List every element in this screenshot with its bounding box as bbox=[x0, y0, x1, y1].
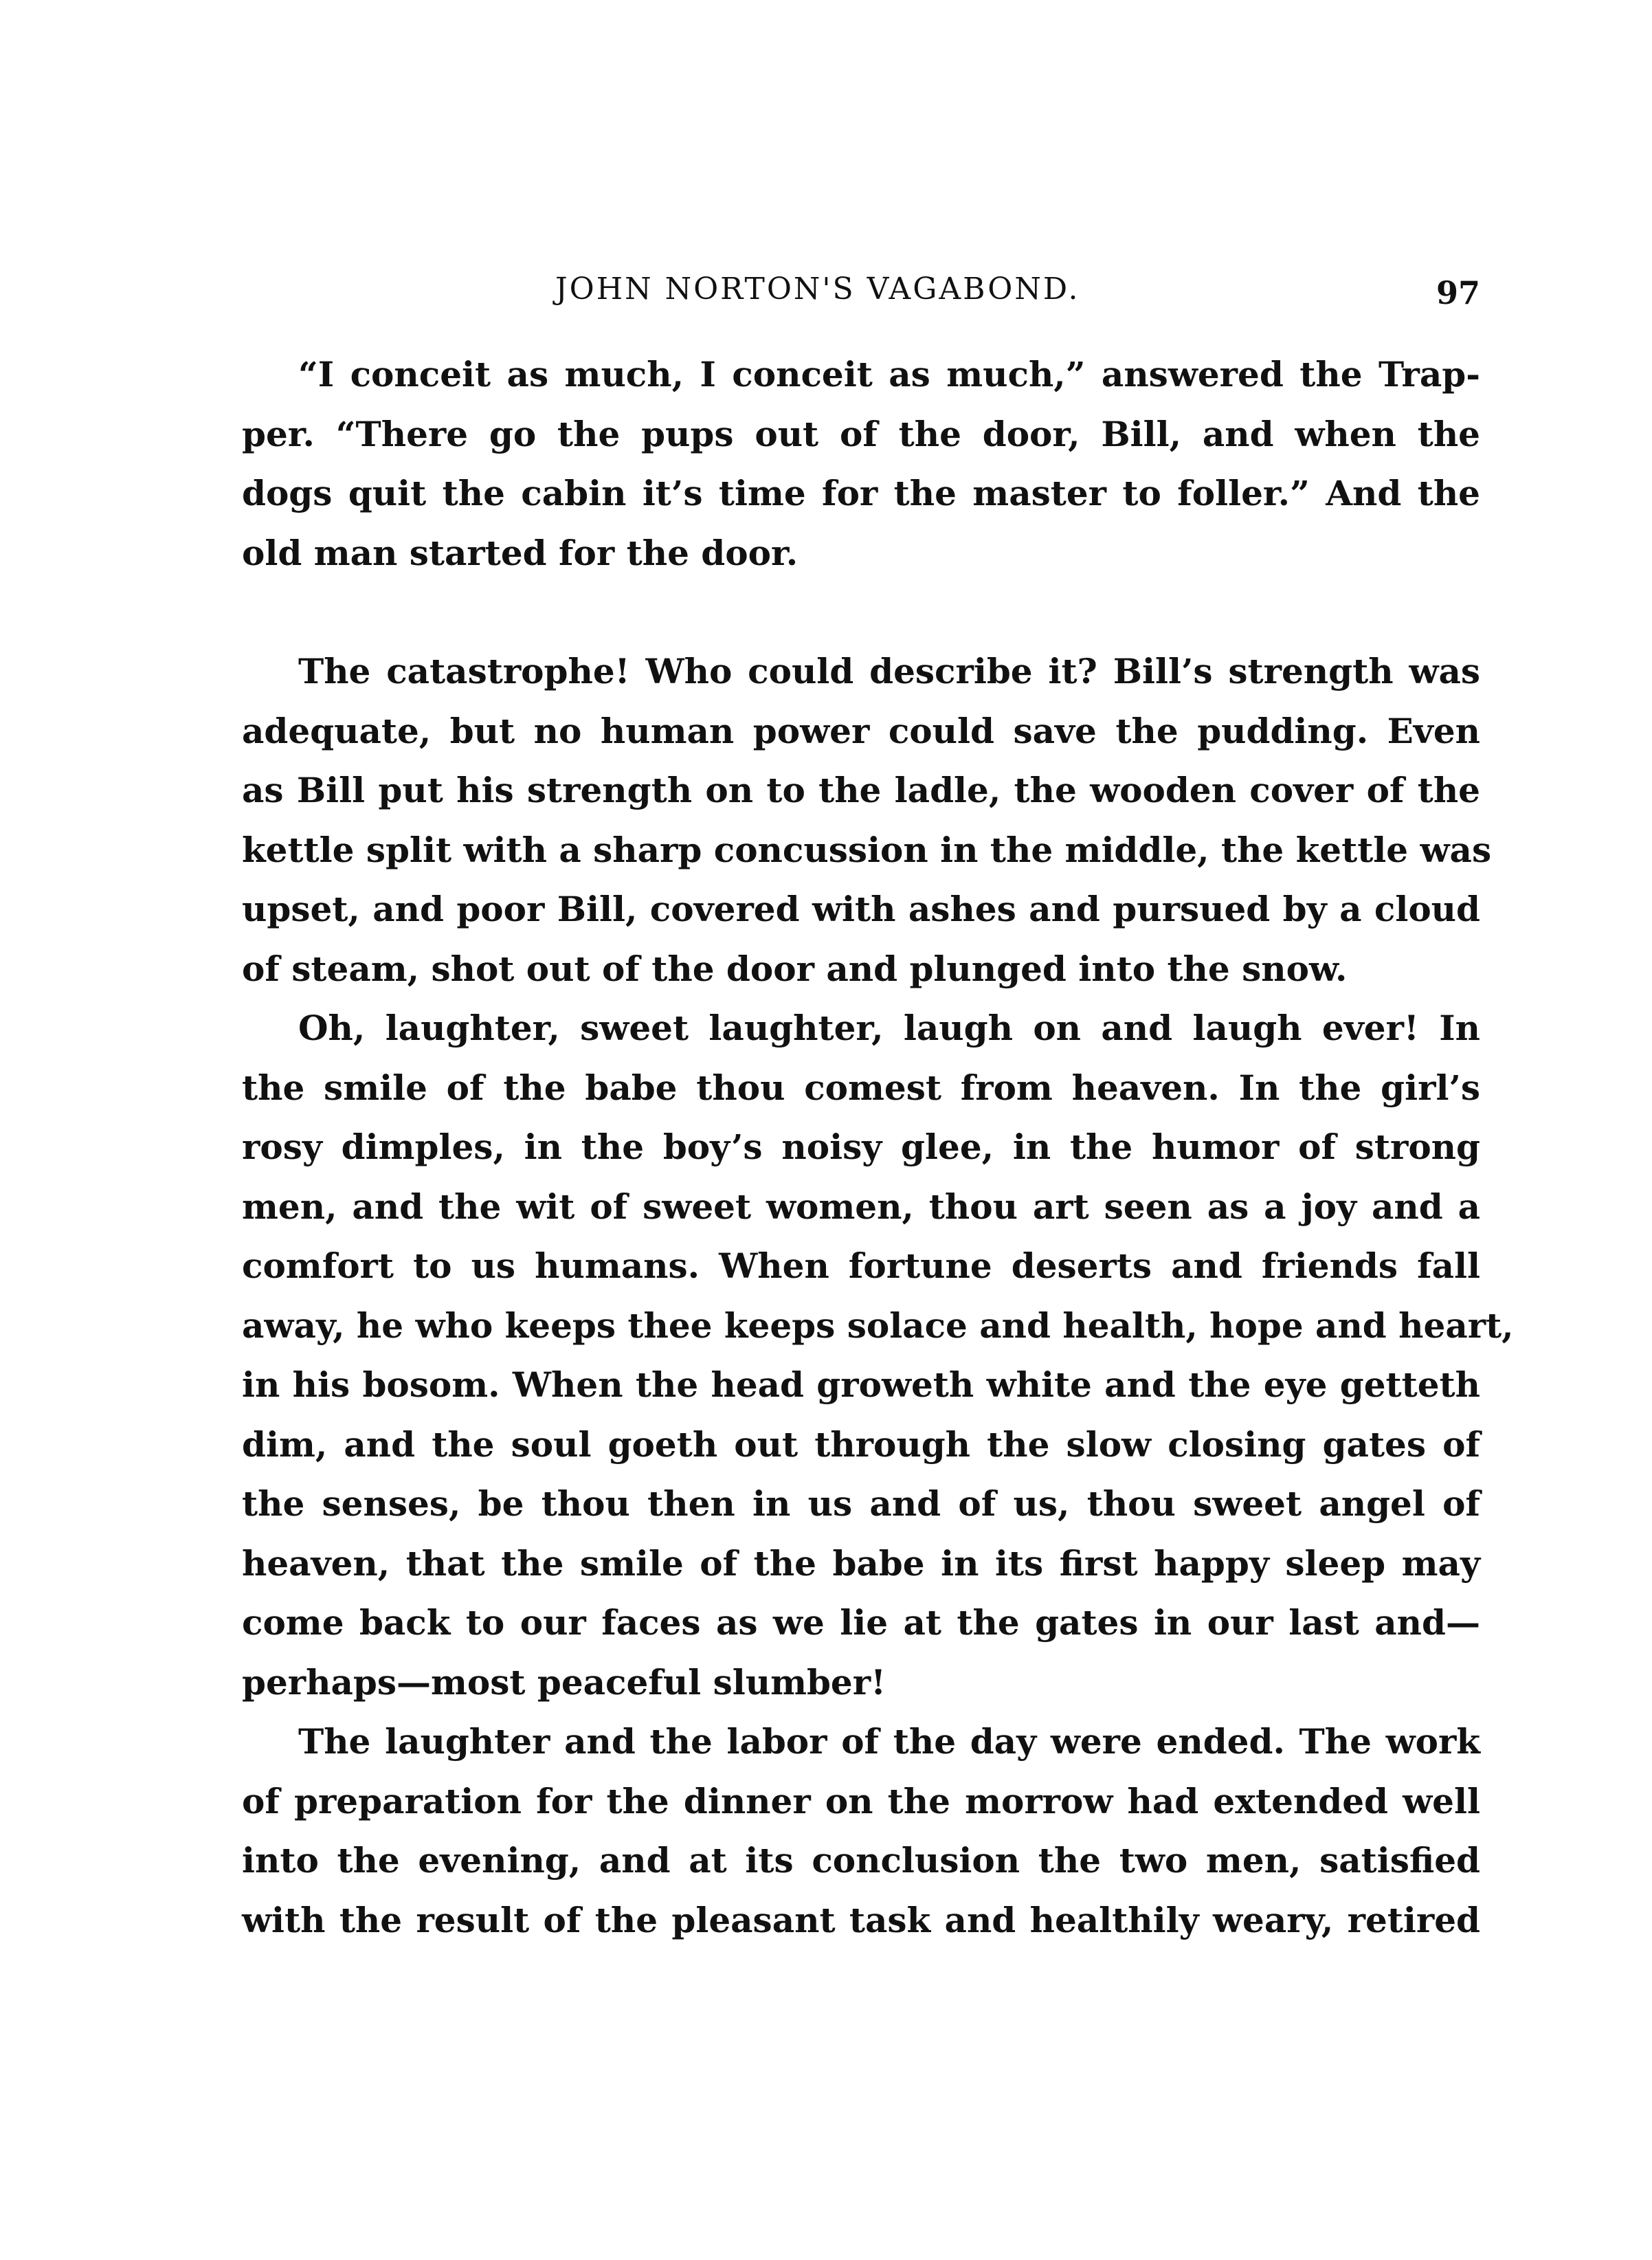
text-line: rosy dimples, in the boy’s noisy glee, i… bbox=[242, 1118, 1480, 1177]
text-line: adequate, but no human power could save … bbox=[242, 702, 1480, 762]
text-line: as Bill put his strength on to the ladle… bbox=[242, 761, 1480, 821]
running-header: JOHN NORTON'S VAGABOND. 97 bbox=[242, 272, 1480, 320]
body-text: “I conceit as much, I conceit as much,” … bbox=[242, 345, 1480, 1950]
text-line: comfort to us humans. When fortune deser… bbox=[242, 1237, 1480, 1296]
text-line: with the result of the pleasant task and… bbox=[242, 1891, 1480, 1951]
text-line: kettle split with a sharp concussion in … bbox=[242, 821, 1480, 880]
text-line: dogs quit the cabin it’s time for the ma… bbox=[242, 464, 1480, 524]
text-line: of preparation for the dinner on the mor… bbox=[242, 1772, 1480, 1832]
text-line: perhaps—most peaceful slumber! bbox=[242, 1653, 1480, 1713]
running-title: JOHN NORTON'S VAGABOND. bbox=[555, 272, 1080, 307]
text-line: in his bosom. When the head groweth whit… bbox=[242, 1355, 1480, 1415]
paragraph-3: Oh, laughter, sweet laughter, laugh on a… bbox=[242, 999, 1480, 1712]
text-line: dim, and the soul goeth out through the … bbox=[242, 1415, 1480, 1475]
paragraph-2: The catastrophe! Who could describe it? … bbox=[242, 642, 1480, 999]
text-line: “I conceit as much, I conceit as much,” … bbox=[242, 345, 1480, 405]
text-line: Oh, laughter, sweet laughter, laugh on a… bbox=[242, 999, 1480, 1059]
text-line: away, he who keeps thee keeps solace and… bbox=[242, 1296, 1480, 1356]
book-page: JOHN NORTON'S VAGABOND. 97 “I conceit as… bbox=[0, 0, 1652, 2260]
text-line: come back to our faces as we lie at the … bbox=[242, 1593, 1480, 1653]
text-line: The laughter and the labor of the day we… bbox=[242, 1712, 1480, 1772]
text-line: upset, and poor Bill, covered with ashes… bbox=[242, 880, 1480, 940]
text-line: per. “There go the pups out of the door,… bbox=[242, 405, 1480, 465]
text-line: heaven, that the smile of the babe in it… bbox=[242, 1534, 1480, 1594]
text-line: The catastrophe! Who could describe it? … bbox=[242, 642, 1480, 702]
text-line: into the evening, and at its conclusion … bbox=[242, 1831, 1480, 1891]
text-line: old man started for the door. bbox=[242, 524, 1480, 584]
text-line: the senses, be thou then in us and of us… bbox=[242, 1474, 1480, 1534]
text-line: men, and the wit of sweet women, thou ar… bbox=[242, 1177, 1480, 1237]
text-line: of steam, shot out of the door and plung… bbox=[242, 940, 1480, 999]
page-number: 97 bbox=[1436, 274, 1480, 311]
paragraph-4: The laughter and the labor of the day we… bbox=[242, 1712, 1480, 1950]
text-line: the smile of the babe thou comest from h… bbox=[242, 1059, 1480, 1118]
paragraph-1: “I conceit as much, I conceit as much,” … bbox=[242, 345, 1480, 583]
